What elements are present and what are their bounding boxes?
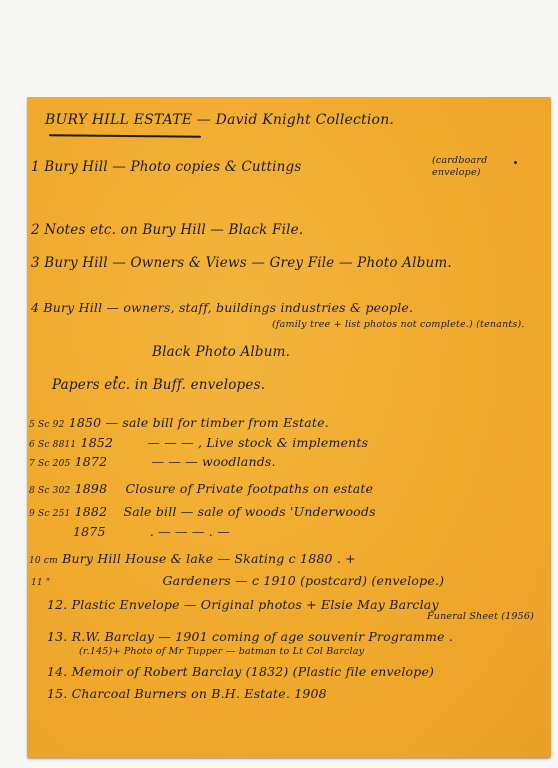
paper-row: 9 Sc 251 1882 Sale bill — sale of woods … <box>29 504 376 519</box>
item-note: (family tree + list photos not complete.… <box>272 319 525 330</box>
list-item: 10 cm Bury Hill House & lake — Skating c… <box>29 551 356 566</box>
item-note: (r.145)+ Photo of Mr Tupper — batman to … <box>79 646 364 657</box>
document-title: BURY HILL ESTATE — David Knight Collecti… <box>45 112 394 128</box>
paper-row: 1875 . — — — . — <box>73 524 230 539</box>
paper-row: 7 Sc 205 1872 — — — woodlands. <box>29 454 276 469</box>
paper-row: 5 Sc 92 1850 — sale bill for timber from… <box>29 415 329 430</box>
item-subline: Black Photo Album. <box>152 344 290 360</box>
item-note: Funeral Sheet (1956) <box>427 611 534 622</box>
list-item: 4 Bury Hill — owners, staff, buildings i… <box>31 300 413 315</box>
paper-row: 8 Sc 302 1898 Closure of Private footpat… <box>29 481 373 496</box>
title-underline <box>49 134 201 137</box>
item-note: (cardboard envelope) <box>432 155 532 179</box>
list-item: 2 Notes etc. on Bury Hill — Black File. <box>31 222 303 238</box>
list-item: 11 " Gardeners — c 1910 (postcard) (enve… <box>31 573 444 588</box>
document-page: BURY HILL ESTATE — David Knight Collecti… <box>27 97 551 758</box>
list-item: 1 Bury Hill — Photo copies & Cuttings <box>31 159 301 175</box>
paper-row: 6 Sc 8811 1852 — — — , Live stock & impl… <box>29 435 368 450</box>
list-item: 3 Bury Hill — Owners & Views — Grey File… <box>31 255 452 271</box>
list-item: 14. Memoir of Robert Barclay (1832) (Pla… <box>47 664 434 679</box>
list-item: 13. R.W. Barclay — 1901 coming of age so… <box>47 629 453 644</box>
list-item: 15. Charcoal Burners on B.H. Estate. 190… <box>47 686 327 701</box>
section-heading: Papers etc. in Buff. envelopes. <box>52 377 265 393</box>
list-item: 12. Plastic Envelope — Original photos +… <box>47 597 439 612</box>
